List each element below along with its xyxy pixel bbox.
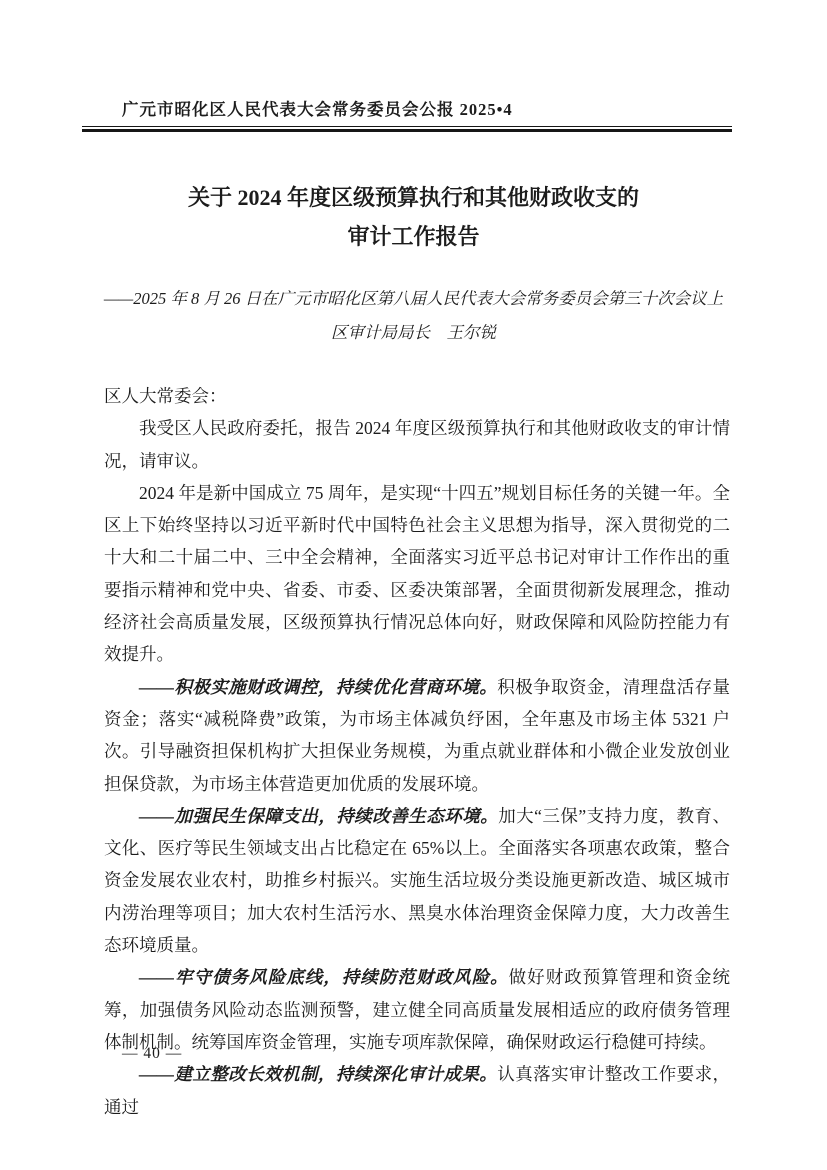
paragraph-overview: 2024 年是新中国成立 75 周年，是实现“十四五”规划目标任务的关键一年。全… xyxy=(104,477,730,671)
report-title-line1: 关于 2024 年度区级预算执行和其他财政收支的 xyxy=(0,179,827,218)
paragraph-rectification: ——建立整改长效机制，持续深化审计成果。认真落实审计整改工作要求，通过 xyxy=(104,1058,730,1123)
subtitle-speaker: 区审计局局长 王尔锐 xyxy=(0,319,827,343)
paragraph-fiscal-regulation: ——积极实施财政调控，持续优化营商环境。积极争取资金，清理盘活存量资金；落实“减… xyxy=(104,671,730,800)
lead-phrase: ——积极实施财政调控，持续优化营商环境。 xyxy=(139,677,497,697)
report-title: 关于 2024 年度区级预算执行和其他财政收支的 审计工作报告 xyxy=(0,179,827,256)
page-number: — 40 — xyxy=(122,1045,182,1063)
report-body: 区人大常委会： 我受区人民政府委托，报告 2024 年度区级预算执行和其他财政收… xyxy=(104,380,730,1123)
paragraph-text: 2024 年是新中国成立 75 周年，是实现“十四五”规划目标任务的关键一年。全… xyxy=(104,483,730,664)
paragraph-text: 我受区人民政府委托，报告 2024 年度区级预算执行和其他财政收支的审计情况，请… xyxy=(104,418,730,470)
masthead-title: 广元市昭化区人民代表大会常务委员会公报 2025•4 xyxy=(122,96,513,120)
paragraph-livelihood: ——加强民生保障支出，持续改善生态环境。加大“三保”支持力度，教育、文化、医疗等… xyxy=(104,800,730,961)
lead-phrase: ——加强民生保障支出，持续改善生态环境。 xyxy=(139,806,498,826)
document-page: 广元市昭化区人民代表大会常务委员会公报 2025•4 关于 2024 年度区级预… xyxy=(0,0,827,1170)
salutation: 区人大常委会： xyxy=(104,380,730,412)
lead-phrase: ——建立整改长效机制，持续深化审计成果。 xyxy=(139,1064,497,1084)
report-title-line2: 审计工作报告 xyxy=(0,218,827,257)
paragraph-intro: 我受区人民政府委托，报告 2024 年度区级预算执行和其他财政收支的审计情况，请… xyxy=(104,412,730,477)
subtitle-meeting-info: ——2025 年 8 月 26 日在广元市昭化区第八届人民代表大会常务委员会第三… xyxy=(0,285,827,309)
paragraph-debt-risk: ——牢守债务风险底线，持续防范财政风险。做好财政预算管理和资金统筹，加强债务风险… xyxy=(104,961,730,1058)
masthead-double-rule xyxy=(82,126,732,132)
paragraph-text: 加大“三保”支持力度，教育、文化、医疗等民生领域支出占比稳定在 65%以上。全面… xyxy=(104,806,730,955)
lead-phrase: ——牢守债务风险底线，持续防范财政风险。 xyxy=(139,967,509,987)
